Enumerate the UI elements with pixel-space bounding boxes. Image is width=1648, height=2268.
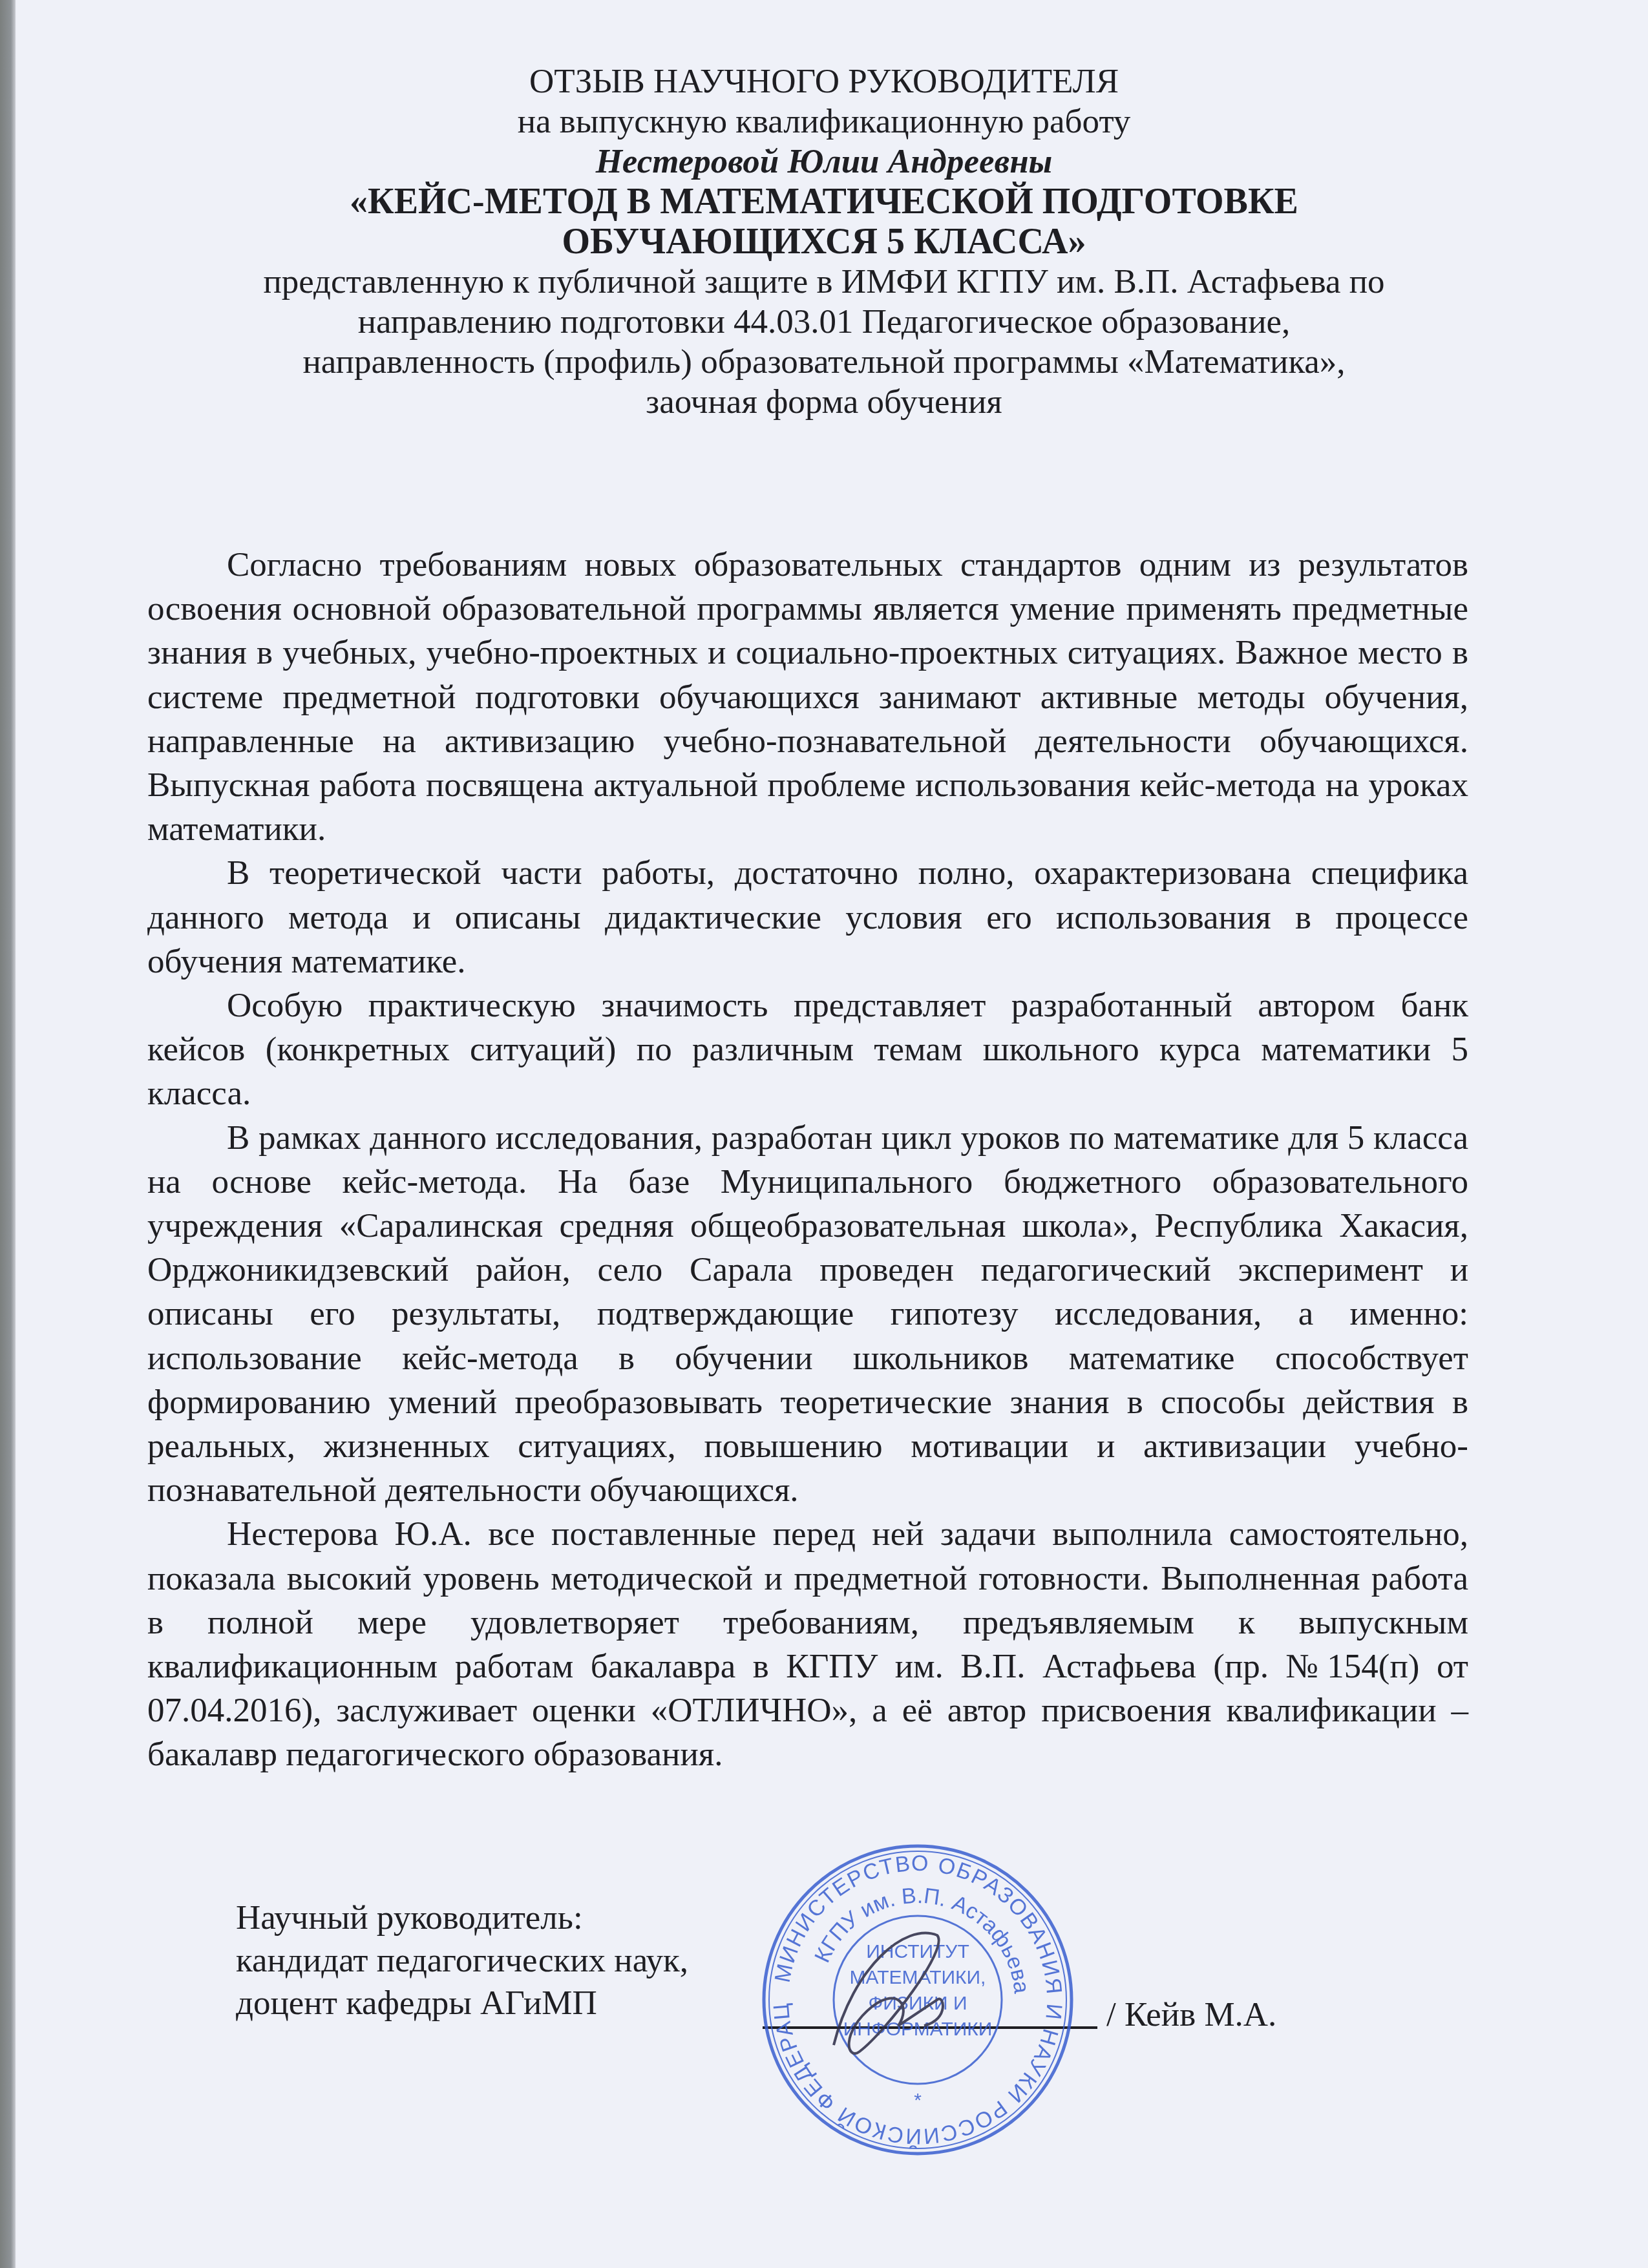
paragraph: Согласно требованиям новых образовательн…: [147, 543, 1468, 851]
stamp-inner-line-1: ИНСТИТУТ: [866, 1941, 969, 1962]
info-line-3: направленность (профиль) образовательной…: [194, 342, 1454, 382]
paragraph: Особую практическую значимость представл…: [147, 983, 1468, 1116]
svg-text:*: *: [914, 2090, 922, 2111]
signature-position: доцент кафедры АГиМП: [236, 1982, 688, 2024]
info-line-1: представленную к публичной защите в ИМФИ…: [194, 262, 1454, 302]
document-subtitle: на выпускную квалификационную работу: [194, 101, 1454, 142]
work-title-line-1: «КЕЙС-МЕТОД В МАТЕМАТИЧЕСКОЙ ПОДГОТОВКЕ: [194, 182, 1454, 222]
stamp-inner-line-3: ФИЗИКИ И: [869, 1993, 967, 2014]
scan-edge: [0, 0, 16, 2268]
signature-block: Научный руководитель: кандидат педагогич…: [236, 1896, 688, 2024]
official-stamp-icon: МИНИСТЕРСТВО ОБРАЗОВАНИЯ И НАУКИ РОССИЙС…: [756, 1838, 1079, 2161]
student-name: Нестеровой Юлии Андреевны: [194, 142, 1454, 182]
signature-name: / Кейв М.А.: [1106, 1993, 1276, 2036]
paragraph: В рамках данного исследования, разработа…: [147, 1116, 1468, 1513]
document-title: ОТЗЫВ НАУЧНОГО РУКОВОДИТЕЛЯ: [194, 61, 1454, 101]
work-title-line-2: ОБУЧАЮЩИХСЯ 5 КЛАССА»: [194, 222, 1454, 262]
document-header: ОТЗЫВ НАУЧНОГО РУКОВОДИТЕЛЯ на выпускную…: [194, 61, 1454, 422]
info-line-4: заочная форма обучения: [194, 382, 1454, 422]
signature-degree: кандидат педагогических наук,: [236, 1939, 688, 1982]
signature-role: Научный руководитель:: [236, 1896, 688, 1939]
stamp-inner-line-4: ИНФОРМАТИКИ: [843, 2019, 993, 2040]
paragraph: Нестерова Ю.А. все поставленные перед не…: [147, 1512, 1468, 1776]
info-line-2: направлению подготовки 44.03.01 Педагоги…: [194, 302, 1454, 342]
paragraph: В теоретической части работы, достаточно…: [147, 851, 1468, 983]
review-body: Согласно требованиям новых образовательн…: [147, 543, 1468, 1777]
